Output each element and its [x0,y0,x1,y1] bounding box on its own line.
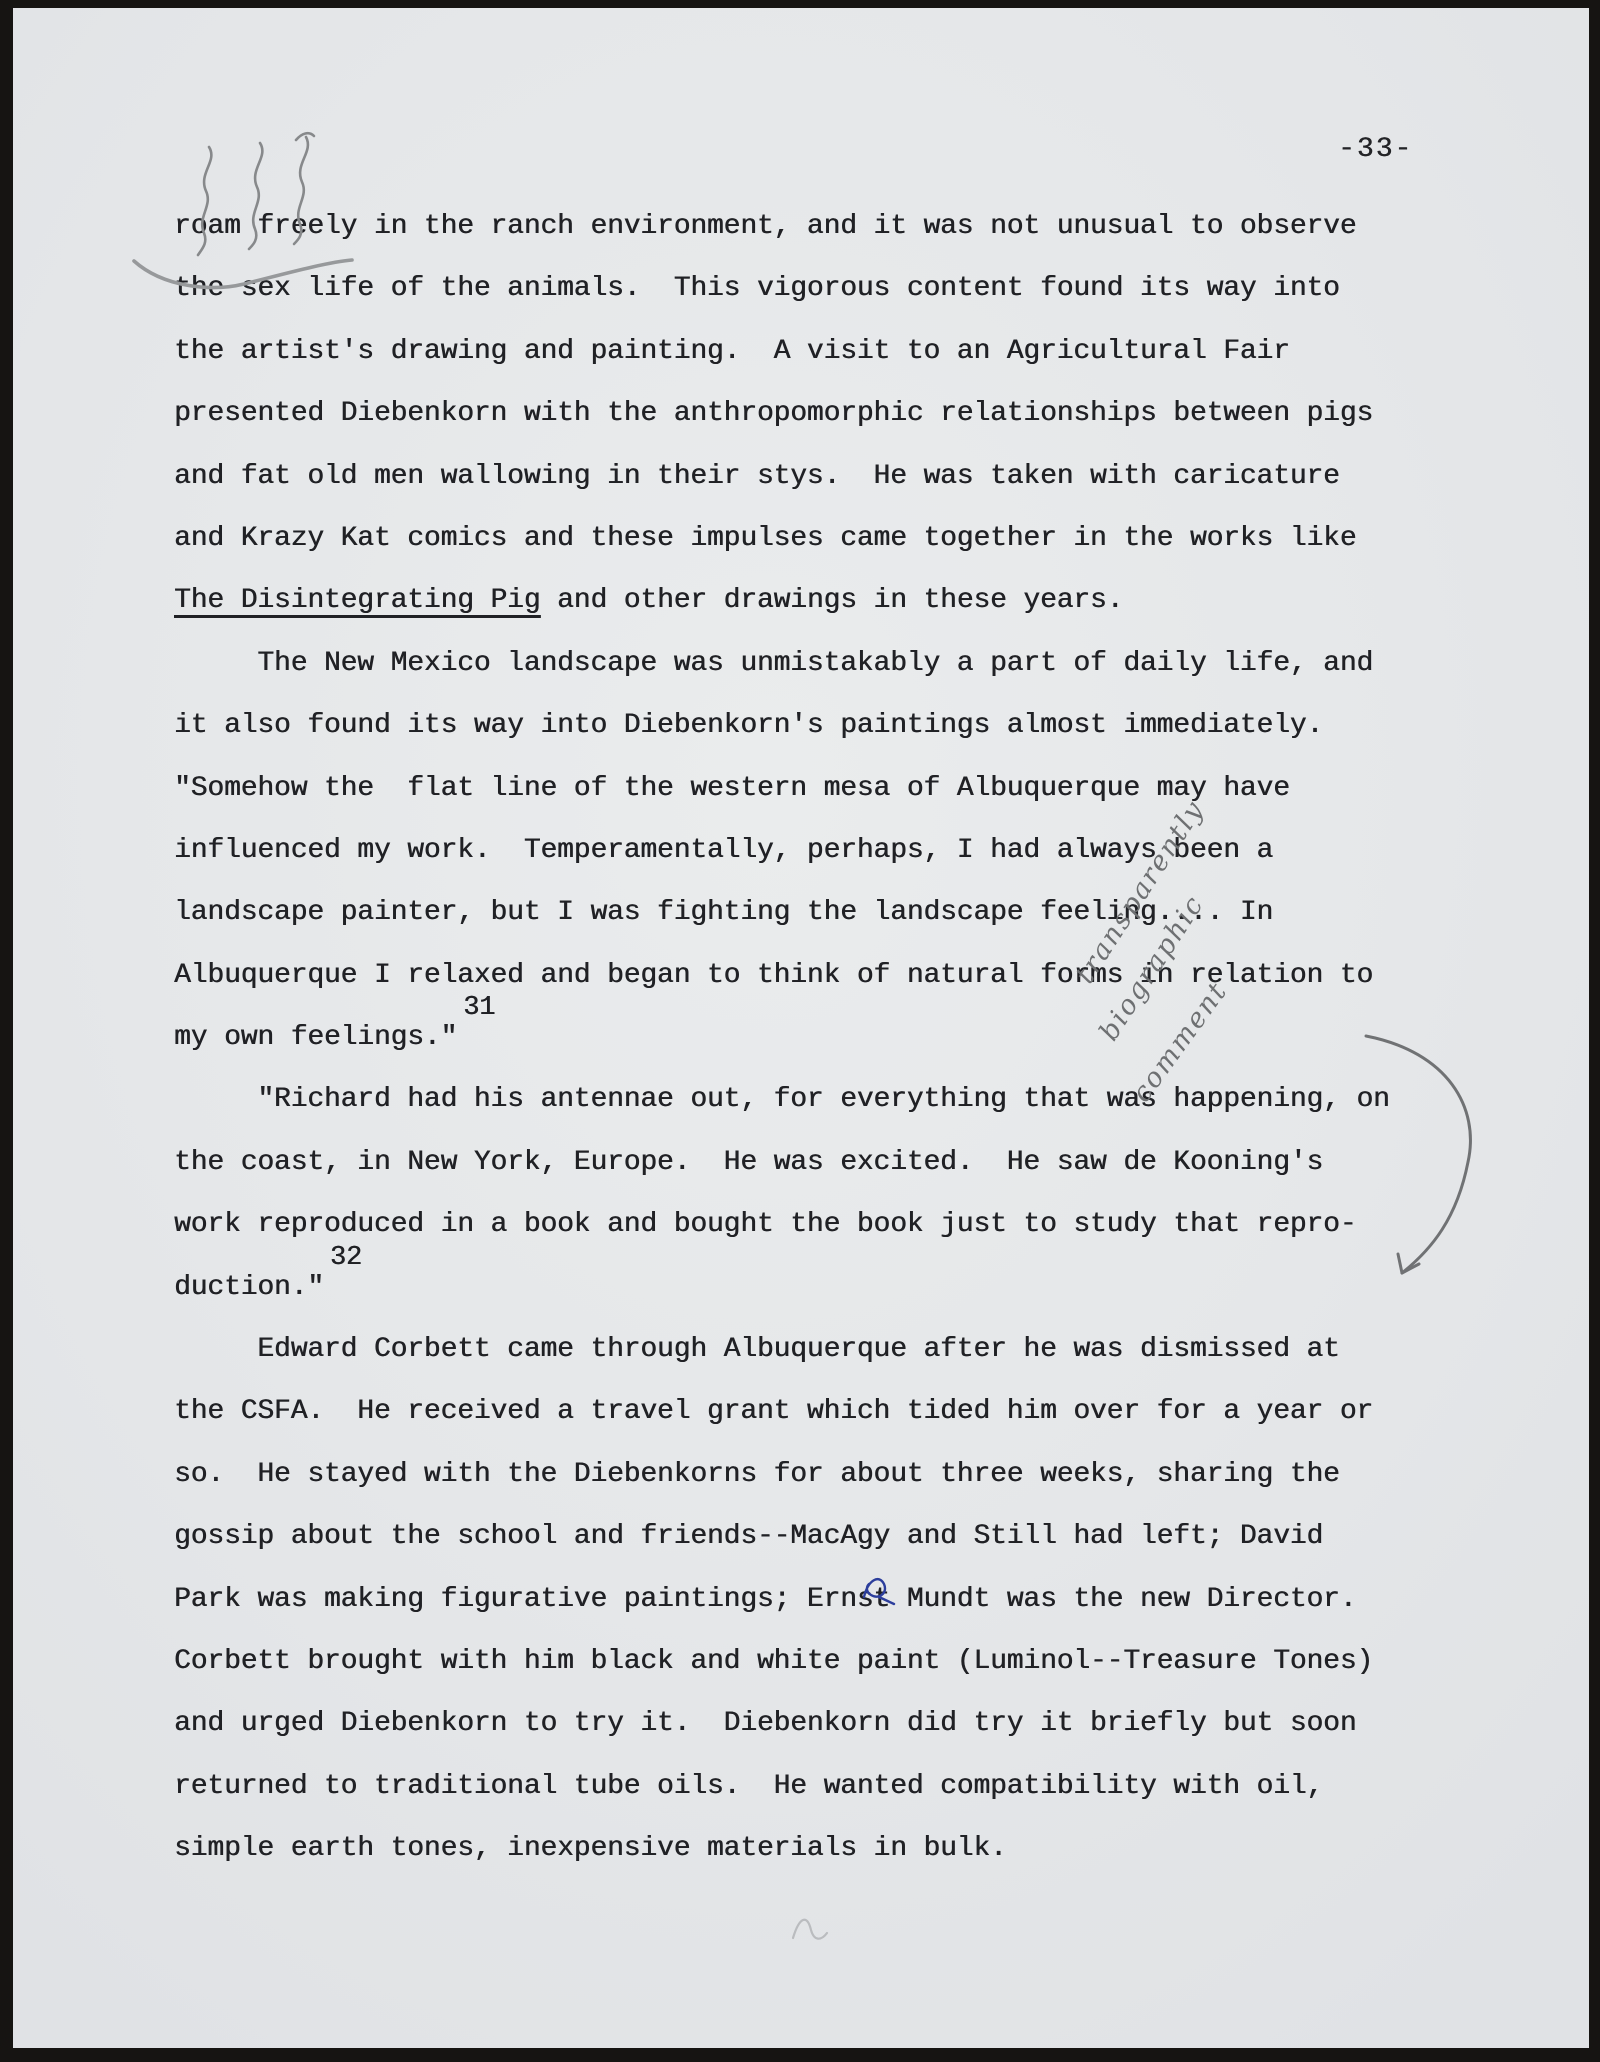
text-line: landscape painter, but I was fighting th… [174,882,1390,944]
scan-border-left [0,0,13,2062]
text-line: it also found its way into Diebenkorn's … [174,695,1390,757]
page-number: -33- [1338,134,1413,165]
footnote-superscript: 31 [463,993,495,1023]
text-line: Park was making figurative paintings; Er… [174,1569,1390,1631]
brace-arrowhead-icon [1402,1264,1419,1273]
underlined-title: The Disintegrating Pig [174,585,540,616]
text-line: roam freely in the ranch environment, an… [174,196,1390,258]
text-block: roam freely in the ranch environment, an… [174,196,1390,1881]
text-line: the artist's drawing and painting. A vis… [174,321,1390,383]
text-line: returned to traditional tube oils. He wa… [174,1756,1390,1818]
scan-border-top [0,0,1600,8]
text-line: The New Mexico landscape was unmistakabl… [174,633,1390,695]
faint-pencil-mark-icon [793,1920,827,1939]
text-line: The Disintegrating Pig and other drawing… [174,570,1390,632]
scan-border-right [1589,0,1600,2062]
footnote-superscript: 32 [330,1243,362,1273]
text-line: the CSFA. He received a travel grant whi… [174,1381,1390,1443]
scan-border-bottom [0,2048,1600,2062]
text-line: influenced my work. Temperamentally, per… [174,820,1390,882]
text-line: simple earth tones, inexpensive material… [174,1818,1390,1880]
scanned-manuscript-page: -33- roam freely in the ranch environmen… [0,0,1600,2062]
text-line: the coast, in New York, Europe. He was e… [174,1132,1390,1194]
text-line: Corbett brought with him black and white… [174,1631,1390,1693]
text-line: and Krazy Kat comics and these impulses … [174,508,1390,570]
brace-arrowhead-icon [1398,1254,1402,1273]
text-line: and fat old men wallowing in their stys.… [174,446,1390,508]
text-line: so. He stayed with the Diebenkorns for a… [174,1444,1390,1506]
text-line: the sex life of the animals. This vigoro… [174,258,1390,320]
text-line: gossip about the school and friends--Mac… [174,1506,1390,1568]
text-line: duction."32 [174,1257,1390,1319]
text-line: presented Diebenkorn with the anthropomo… [174,383,1390,445]
text-line: Edward Corbett came through Albuquerque … [174,1319,1390,1381]
text-line: and urged Diebenkorn to try it. Diebenko… [174,1693,1390,1755]
text-line: "Richard had his antennae out, for every… [174,1069,1390,1131]
